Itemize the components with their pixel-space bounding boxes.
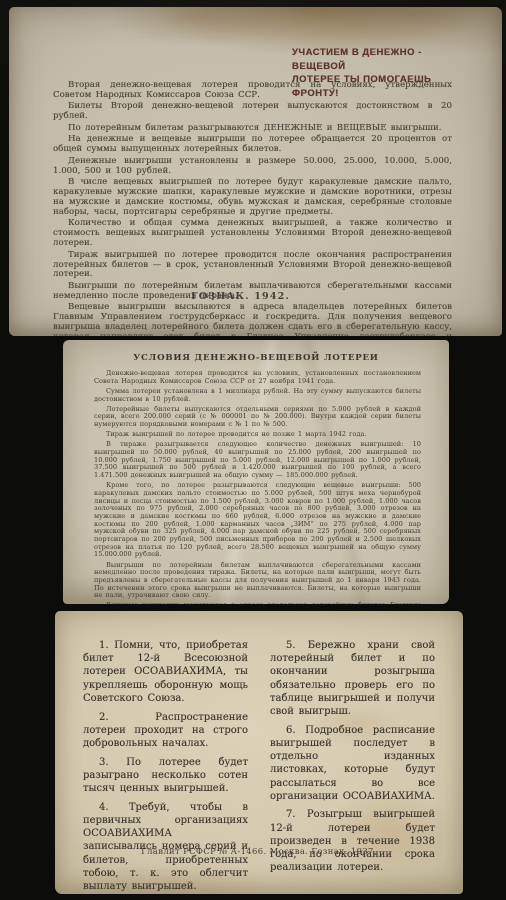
- doc2-paragraph: В тираже разыгрывается следующее количес…: [94, 441, 421, 480]
- doc3-rule: 2. Распространение лотереи проходит на с…: [83, 711, 248, 751]
- doc2-paragraph: Денежно-вещевая лотерея проводится на ус…: [94, 370, 421, 385]
- doc2-paragraph: Вещевые выигрыши высылаются в адреса вла…: [94, 602, 421, 604]
- doc2-body-text: Денежно-вещевая лотерея проводится на ус…: [94, 370, 421, 604]
- doc3-rule: 6. Подробное расписание выигрышей послед…: [270, 724, 435, 803]
- doc1-paragraph: В числе вещевых выигрышей по лотерее буд…: [53, 178, 452, 218]
- photo-background: { "photo": { "description_colors": { "ba…: [0, 0, 506, 900]
- doc2-paragraph: Сумма лотереи установлена в 1 миллиард р…: [94, 388, 421, 403]
- doc1-paragraph: По лотерейным билетам разыгрываются ДЕНЕ…: [53, 124, 452, 134]
- doc3-rule: 3. По лотерее будет разыграно несколько …: [83, 756, 248, 796]
- doc1-paragraph: Денежные выигрыши установлены в размере …: [53, 157, 452, 177]
- doc3-rule: 1. Помни, что, приобретая билет 12-й Все…: [83, 639, 248, 705]
- doc2-paragraph: Кроме того, по лотерее разыгрываются сле…: [94, 482, 421, 559]
- doc2-paragraph: Выигрыши по лотерейным билетам выплачива…: [94, 562, 421, 601]
- doc2-paragraph: Тираж выигрышей по лотерее проводится не…: [94, 431, 421, 439]
- doc2-paragraph: Лотерейные билеты выпускаются отдельными…: [94, 406, 421, 429]
- doc3-rule: 5. Бережно храни свой лотерейный билет и…: [270, 639, 435, 718]
- scene: УЧАСТИЕМ В ДЕНЕЖНО - ВЕЩЕВОЙ ЛОТЕРЕЕ ТЫ …: [0, 0, 506, 900]
- lottery-conditions-sheet: УСЛОВИЯ ДЕНЕЖНО-ВЕЩЕВОЙ ЛОТЕРЕИ Денежно-…: [63, 340, 449, 604]
- doc3-rule: 7. Розыгрыш выигрышей 12-й лотереи будет…: [270, 808, 435, 874]
- doc1-paragraph: Вторая денежно-вещевая лотерея проводитс…: [53, 81, 452, 101]
- doc1-gosznak-imprint: ГОЗНАК. 1942.: [9, 291, 472, 302]
- doc3-glavlit-imprint: Главлит РСФСР № А-1466. Москва. Гознак. …: [55, 846, 463, 856]
- doc1-paragraph: Билеты Второй денежно-вещевой лотереи вы…: [53, 102, 452, 122]
- lottery-back-1942: УЧАСТИЕМ В ДЕНЕЖНО - ВЕЩЕВОЙ ЛОТЕРЕЕ ТЫ …: [9, 7, 502, 336]
- doc1-paragraph: Тираж выигрышей по лотерее проводится по…: [53, 251, 452, 281]
- doc1-paragraph: Вещевые выигрыши высылаются в адреса вла…: [53, 303, 452, 336]
- doc1-paragraph: На денежные и вещевые выигрыши по лотере…: [53, 135, 452, 155]
- osoaviakhim-lottery-rules: 1. Помни, что, приобретая билет 12-й Все…: [55, 611, 463, 894]
- doc2-title: УСЛОВИЯ ДЕНЕЖНО-ВЕЩЕВОЙ ЛОТЕРЕИ: [63, 353, 449, 363]
- slogan-line-1: УЧАСТИЕМ В ДЕНЕЖНО - ВЕЩЕВОЙ: [292, 46, 462, 73]
- doc1-paragraph: Количество и общая сумма денежных выигры…: [53, 219, 452, 249]
